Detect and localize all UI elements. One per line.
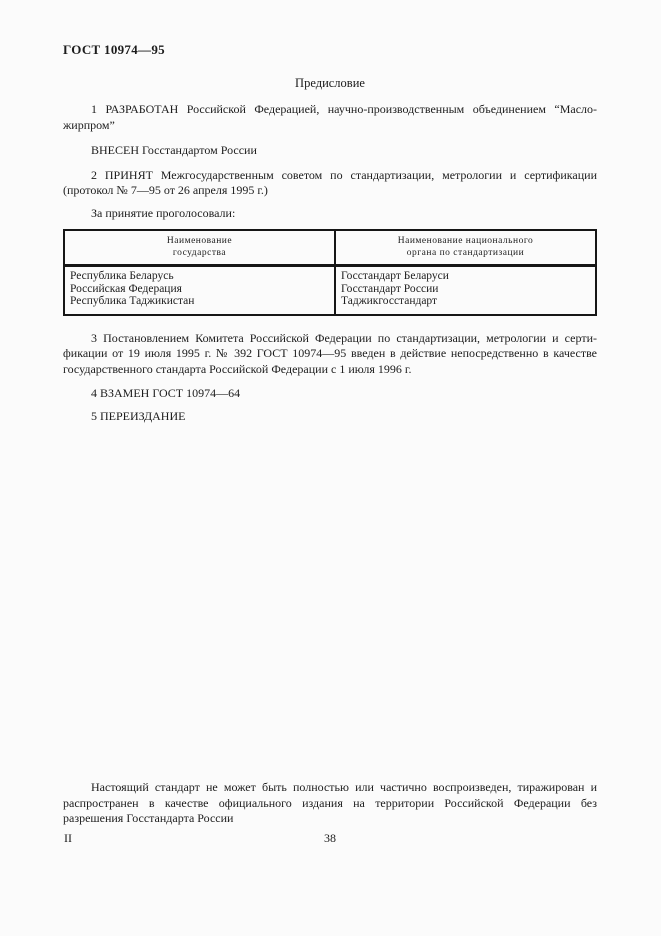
header-line: государства: [67, 247, 332, 259]
paragraph-adopted: 2 ПРИНЯТ Межгосударственным советом по с…: [63, 168, 597, 199]
table-row-org: Госстандарт Беларуси: [341, 270, 590, 283]
table-row-state: Российская Федерация: [70, 283, 329, 296]
header-line: Наименование: [67, 235, 332, 247]
paragraph-voted: За принятие проголосовали:: [63, 206, 597, 222]
paragraph-line: государственного стандарта Российской Фе…: [63, 362, 597, 378]
table-row-state: Республика Таджикистан: [70, 295, 329, 308]
copyright-line: Настоящий стандарт не может быть полност…: [63, 780, 597, 796]
paragraph-decree: 3 Постановлением Комитета Российской Фед…: [63, 331, 597, 378]
paragraph-line: (протокол № 7—95 от 26 апреля 1995 г.): [63, 183, 597, 199]
header-line: Наименование национального: [338, 235, 593, 247]
page-title: Предисловие: [63, 76, 597, 91]
document-code: ГОСТ 10974—95: [63, 42, 597, 58]
paragraph-line: фикации от 19 июля 1995 г. № 392 ГОСТ 10…: [63, 346, 597, 362]
vote-table-states-cell: Республика Беларусь Российская Федерация…: [64, 266, 335, 315]
vote-table-header-org: Наименование национального органа по ста…: [335, 230, 596, 266]
paragraph-line: 3 Постановлением Комитета Российской Фед…: [63, 331, 597, 347]
scanned-gost-page: { "document": { "code": "ГОСТ 10974—95",…: [0, 0, 661, 936]
paragraph-developed: 1 РАЗРАБОТАН Российской Федерацией, науч…: [63, 102, 597, 133]
paragraph-line: 2 ПРИНЯТ Межгосударственным советом по с…: [63, 168, 597, 184]
paragraph-line: жирпром”: [63, 118, 597, 134]
vote-table-header-state: Наименование государства: [64, 230, 335, 266]
paragraph-line: 1 РАЗРАБОТАН Российской Федерацией, науч…: [63, 102, 597, 118]
page-number: 38: [63, 831, 597, 846]
page-footer: II 38: [63, 831, 597, 846]
paragraph-submitted: ВНЕСЕН Госстандартом России: [63, 143, 597, 159]
paragraph-replaces: 4 ВЗАМЕН ГОСТ 10974—64: [63, 386, 597, 402]
page-number-roman: II: [64, 831, 72, 846]
vote-table-body-row: Республика Беларусь Российская Федерация…: [64, 266, 596, 315]
paragraph-reissue: 5 ПЕРЕИЗДАНИЕ: [63, 409, 597, 425]
copyright-line: разрешения Госстандарта России: [63, 811, 597, 827]
table-row-org: Госстандарт России: [341, 283, 590, 296]
vote-table: Наименование государства Наименование на…: [63, 229, 597, 316]
table-row-state: Республика Беларусь: [70, 270, 329, 283]
copyright-notice: Настоящий стандарт не может быть полност…: [63, 780, 597, 827]
copyright-line: распространен в качестве официального из…: [63, 796, 597, 812]
table-row-org: Таджикгосстандарт: [341, 295, 590, 308]
vote-table-header-row: Наименование государства Наименование на…: [64, 230, 596, 266]
page-content: ГОСТ 10974—95 Предисловие 1 РАЗРАБОТАН Р…: [63, 0, 597, 424]
header-line: органа по стандартизации: [338, 247, 593, 259]
vote-table-orgs-cell: Госстандарт Беларуси Госстандарт России …: [335, 266, 596, 315]
